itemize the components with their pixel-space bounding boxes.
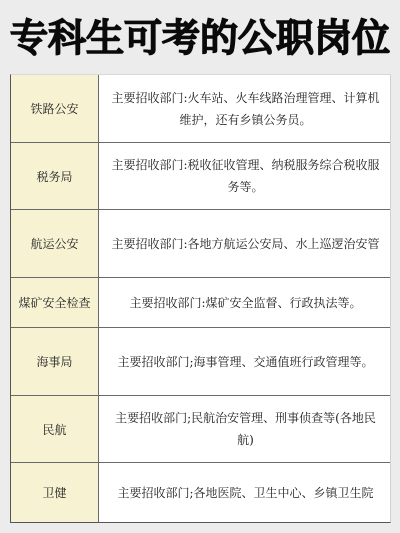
position-name: 煤矿安全检查 xyxy=(11,278,99,327)
position-desc: 主要招收部门;各地医院、卫生中心、乡镇卫生院 xyxy=(99,463,390,522)
position-name: 航运公安 xyxy=(11,210,99,277)
position-desc: 主要招收部门:各地方航运公安局、水上巡逻治安管 xyxy=(99,210,390,277)
table-row: 民航 主要招收部门;民航治安管理、刑事侦查等(各地民航) xyxy=(11,396,390,463)
position-name: 铁路公安 xyxy=(11,75,99,142)
table-row: 航运公安 主要招收部门:各地方航运公安局、水上巡逻治安管 xyxy=(11,210,390,278)
position-desc: 主要招收部门:税收征收管理、纳税服务综合税收服务等。 xyxy=(99,143,390,209)
position-name: 税务局 xyxy=(11,143,99,209)
table-row: 税务局 主要招收部门:税收征收管理、纳税服务综合税收服务等。 xyxy=(11,143,390,210)
position-desc: 主要招收部门:煤矿安全监督、行政执法等。 xyxy=(99,278,390,327)
table-row: 煤矿安全检查 主要招收部门:煤矿安全监督、行政执法等。 xyxy=(11,278,390,328)
position-name: 民航 xyxy=(11,396,99,462)
position-desc: 主要招收部门;海事管理、交通值班行政管理等。 xyxy=(99,328,390,395)
position-name: 海事局 xyxy=(11,328,99,395)
position-desc: 主要招收部门:火车站、火车线路治理管理、计算机维护，还有乡镇公务员。 xyxy=(99,75,390,142)
position-desc: 主要招收部门;民航治安管理、刑事侦查等(各地民航) xyxy=(99,396,390,462)
position-name: 卫健 xyxy=(11,463,99,522)
positions-table: 铁路公安 主要招收部门:火车站、火车线路治理管理、计算机维护，还有乡镇公务员。 … xyxy=(10,74,391,523)
table-row: 海事局 主要招收部门;海事管理、交通值班行政管理等。 xyxy=(11,328,390,396)
table-row: 卫健 主要招收部门;各地医院、卫生中心、乡镇卫生院 xyxy=(11,463,390,522)
page-title: 专科生可考的公职岗位 xyxy=(0,16,400,60)
table-row: 铁路公安 主要招收部门:火车站、火车线路治理管理、计算机维护，还有乡镇公务员。 xyxy=(11,75,390,143)
